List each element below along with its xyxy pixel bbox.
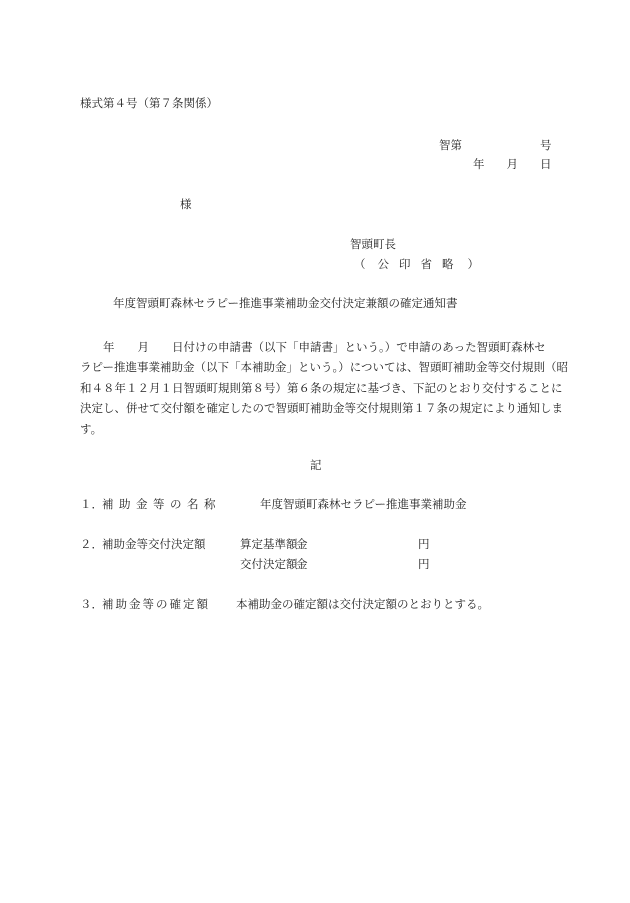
item-label: 補助金等の名称 [102, 497, 221, 511]
grant-decision-amount-label: 交付決定額 [240, 559, 298, 571]
doc-number-prefix: 智第 [439, 140, 462, 152]
seal-char: 省 [421, 259, 433, 271]
document-title: 年度智頭町森林セラピー推進事業補助金交付決定兼額の確定通知書 [113, 298, 458, 310]
calc-base-amount-prefix: 金 [296, 539, 308, 551]
doc-number-suffix: 号 [540, 140, 552, 152]
grant-decision-amount-prefix: 金 [296, 559, 308, 571]
seal-char: 公 [378, 259, 390, 271]
item-number: ３． [80, 599, 102, 611]
date-year: 年 [473, 159, 485, 171]
seal-char: 略 [442, 259, 454, 271]
item-label: 補助金等の確定額 [102, 597, 210, 611]
body-line: 年 月 日付けの申請書（以下「申請書」という。）で申請のあった智頭町森林セ [80, 337, 560, 357]
body-line: ラピー推進事業補助金（以下「本補助金」という。）については、智頭町補助金等交付規… [80, 357, 560, 377]
item-number: ２． [80, 539, 102, 551]
item-3-value: 本補助金の確定額は交付決定額のとおりとする。 [236, 599, 489, 611]
body-line: 決定し、併せて交付額を確定したので智頭町補助金等交付規則第１７条の規定により通知… [80, 398, 560, 418]
date-line: 年月日 [473, 159, 552, 171]
item-1: １．補助金等の名称 [80, 499, 221, 511]
body-line: す。 [80, 419, 560, 439]
calc-base-amount-label: 算定基準額 [240, 539, 298, 551]
item-label: 補助金等交付決定額 [102, 537, 206, 551]
body-paragraph: 年 月 日付けの申請書（以下「申請書」という。）で申請のあった智頭町森林セ ラピ… [80, 337, 560, 439]
sender-title: 智頭町長 [350, 239, 396, 251]
item-1-value: 年度智頭町森林セラピー推進事業補助金 [260, 499, 467, 511]
seal-open-paren: （ [354, 259, 366, 271]
item-3: ３．補助金等の確定額 [80, 599, 210, 611]
calc-base-amount-unit: 円 [418, 539, 430, 551]
addressee: 様 [180, 199, 192, 211]
item-number: １． [80, 499, 102, 511]
ki-heading: 記 [310, 460, 322, 472]
date-day: 日 [540, 159, 552, 171]
grant-decision-amount-unit: 円 [418, 559, 430, 571]
item-2: ２．補助金等交付決定額 [80, 539, 206, 551]
seal-note: （公印省略） [354, 259, 479, 271]
seal-close-paren: ） [468, 259, 480, 271]
form-number: 様式第４号（第７条関係） [80, 98, 218, 110]
seal-char: 印 [399, 259, 411, 271]
body-line: 和４８年１２月１日智頭町規則第８号）第６条の規定に基づき、下記のとおり交付するこ… [80, 378, 560, 398]
date-month: 月 [507, 159, 519, 171]
